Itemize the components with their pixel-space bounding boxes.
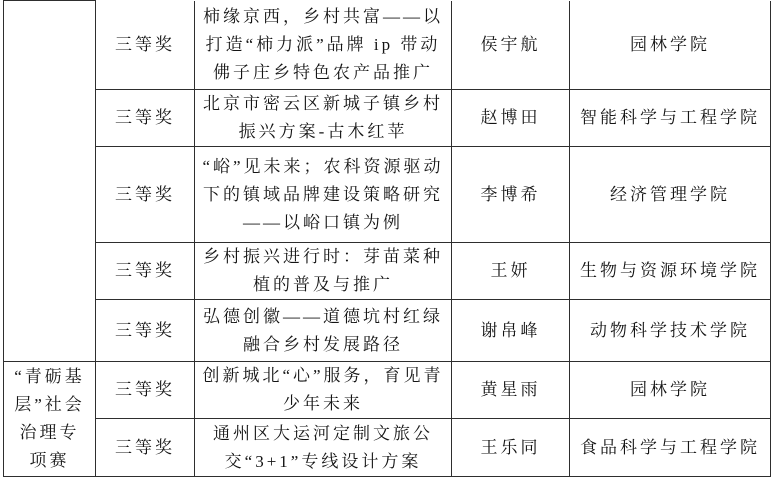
award-cell: 三等奖: [96, 300, 195, 362]
college-cell: 园林学院: [570, 362, 771, 419]
table-row: 三等奖 北京市密云区新城子镇乡村振兴方案-古木红苹 赵博田 智能科学与工程学院: [4, 90, 771, 147]
student-name-cell: 王乐同: [452, 419, 570, 477]
category-cell: “青砺基层”社会治理专项赛: [4, 362, 96, 477]
college-cell: 经济管理学院: [570, 147, 771, 243]
college-cell: 园林学院: [570, 1, 771, 90]
table-row: 三等奖 乡村振兴进行时：芽苗菜种植的普及与推广 王妍 生物与资源环境学院: [4, 243, 771, 300]
student-name-cell: 黄星雨: [452, 362, 570, 419]
table-row: 三等奖 “峪”见未来；农科资源驱动下的镇域品牌建设策略研究——以峪口镇为例 李博…: [4, 147, 771, 243]
student-name-cell: 王妍: [452, 243, 570, 300]
project-title-cell: 创新城北“心”服务，育见青少年未来: [195, 362, 452, 419]
student-name-cell: 侯宇航: [452, 1, 570, 90]
project-title-cell: 通州区大运河定制文旅公交“3+1”专线设计方案: [195, 419, 452, 477]
award-cell: 三等奖: [96, 243, 195, 300]
project-title-cell: 乡村振兴进行时：芽苗菜种植的普及与推广: [195, 243, 452, 300]
project-title-cell: “峪”见未来；农科资源驱动下的镇域品牌建设策略研究——以峪口镇为例: [195, 147, 452, 243]
award-cell: 三等奖: [96, 419, 195, 477]
document-page: 三等奖 柿缘京西，乡村共富——以打造“柿力派”品牌 ip 带动佛子庄乡特色农产品…: [0, 0, 775, 480]
table-row: 三等奖 弘德创徽——道德坑村红绿融合乡村发展路径 谢帛峰 动物科学技术学院: [4, 300, 771, 362]
project-title-cell: 弘德创徽——道德坑村红绿融合乡村发展路径: [195, 300, 452, 362]
award-cell: 三等奖: [96, 1, 195, 90]
college-cell: 生物与资源环境学院: [570, 243, 771, 300]
award-cell: 三等奖: [96, 362, 195, 419]
award-cell: 三等奖: [96, 90, 195, 147]
college-cell: 智能科学与工程学院: [570, 90, 771, 147]
award-cell: 三等奖: [96, 147, 195, 243]
project-title-cell: 柿缘京西，乡村共富——以打造“柿力派”品牌 ip 带动佛子庄乡特色农产品推广: [195, 1, 452, 90]
project-title-cell: 北京市密云区新城子镇乡村振兴方案-古木红苹: [195, 90, 452, 147]
table-row: “青砺基层”社会治理专项赛 三等奖 创新城北“心”服务，育见青少年未来 黄星雨 …: [4, 362, 771, 419]
college-cell: 动物科学技术学院: [570, 300, 771, 362]
table-row: 三等奖 柿缘京西，乡村共富——以打造“柿力派”品牌 ip 带动佛子庄乡特色农产品…: [4, 1, 771, 90]
table-row: 三等奖 通州区大运河定制文旅公交“3+1”专线设计方案 王乐同 食品科学与工程学…: [4, 419, 771, 477]
student-name-cell: 谢帛峰: [452, 300, 570, 362]
college-cell: 食品科学与工程学院: [570, 419, 771, 477]
student-name-cell: 李博希: [452, 147, 570, 243]
category-cell-empty: [4, 1, 96, 362]
awards-table: 三等奖 柿缘京西，乡村共富——以打造“柿力派”品牌 ip 带动佛子庄乡特色农产品…: [3, 0, 771, 477]
student-name-cell: 赵博田: [452, 90, 570, 147]
